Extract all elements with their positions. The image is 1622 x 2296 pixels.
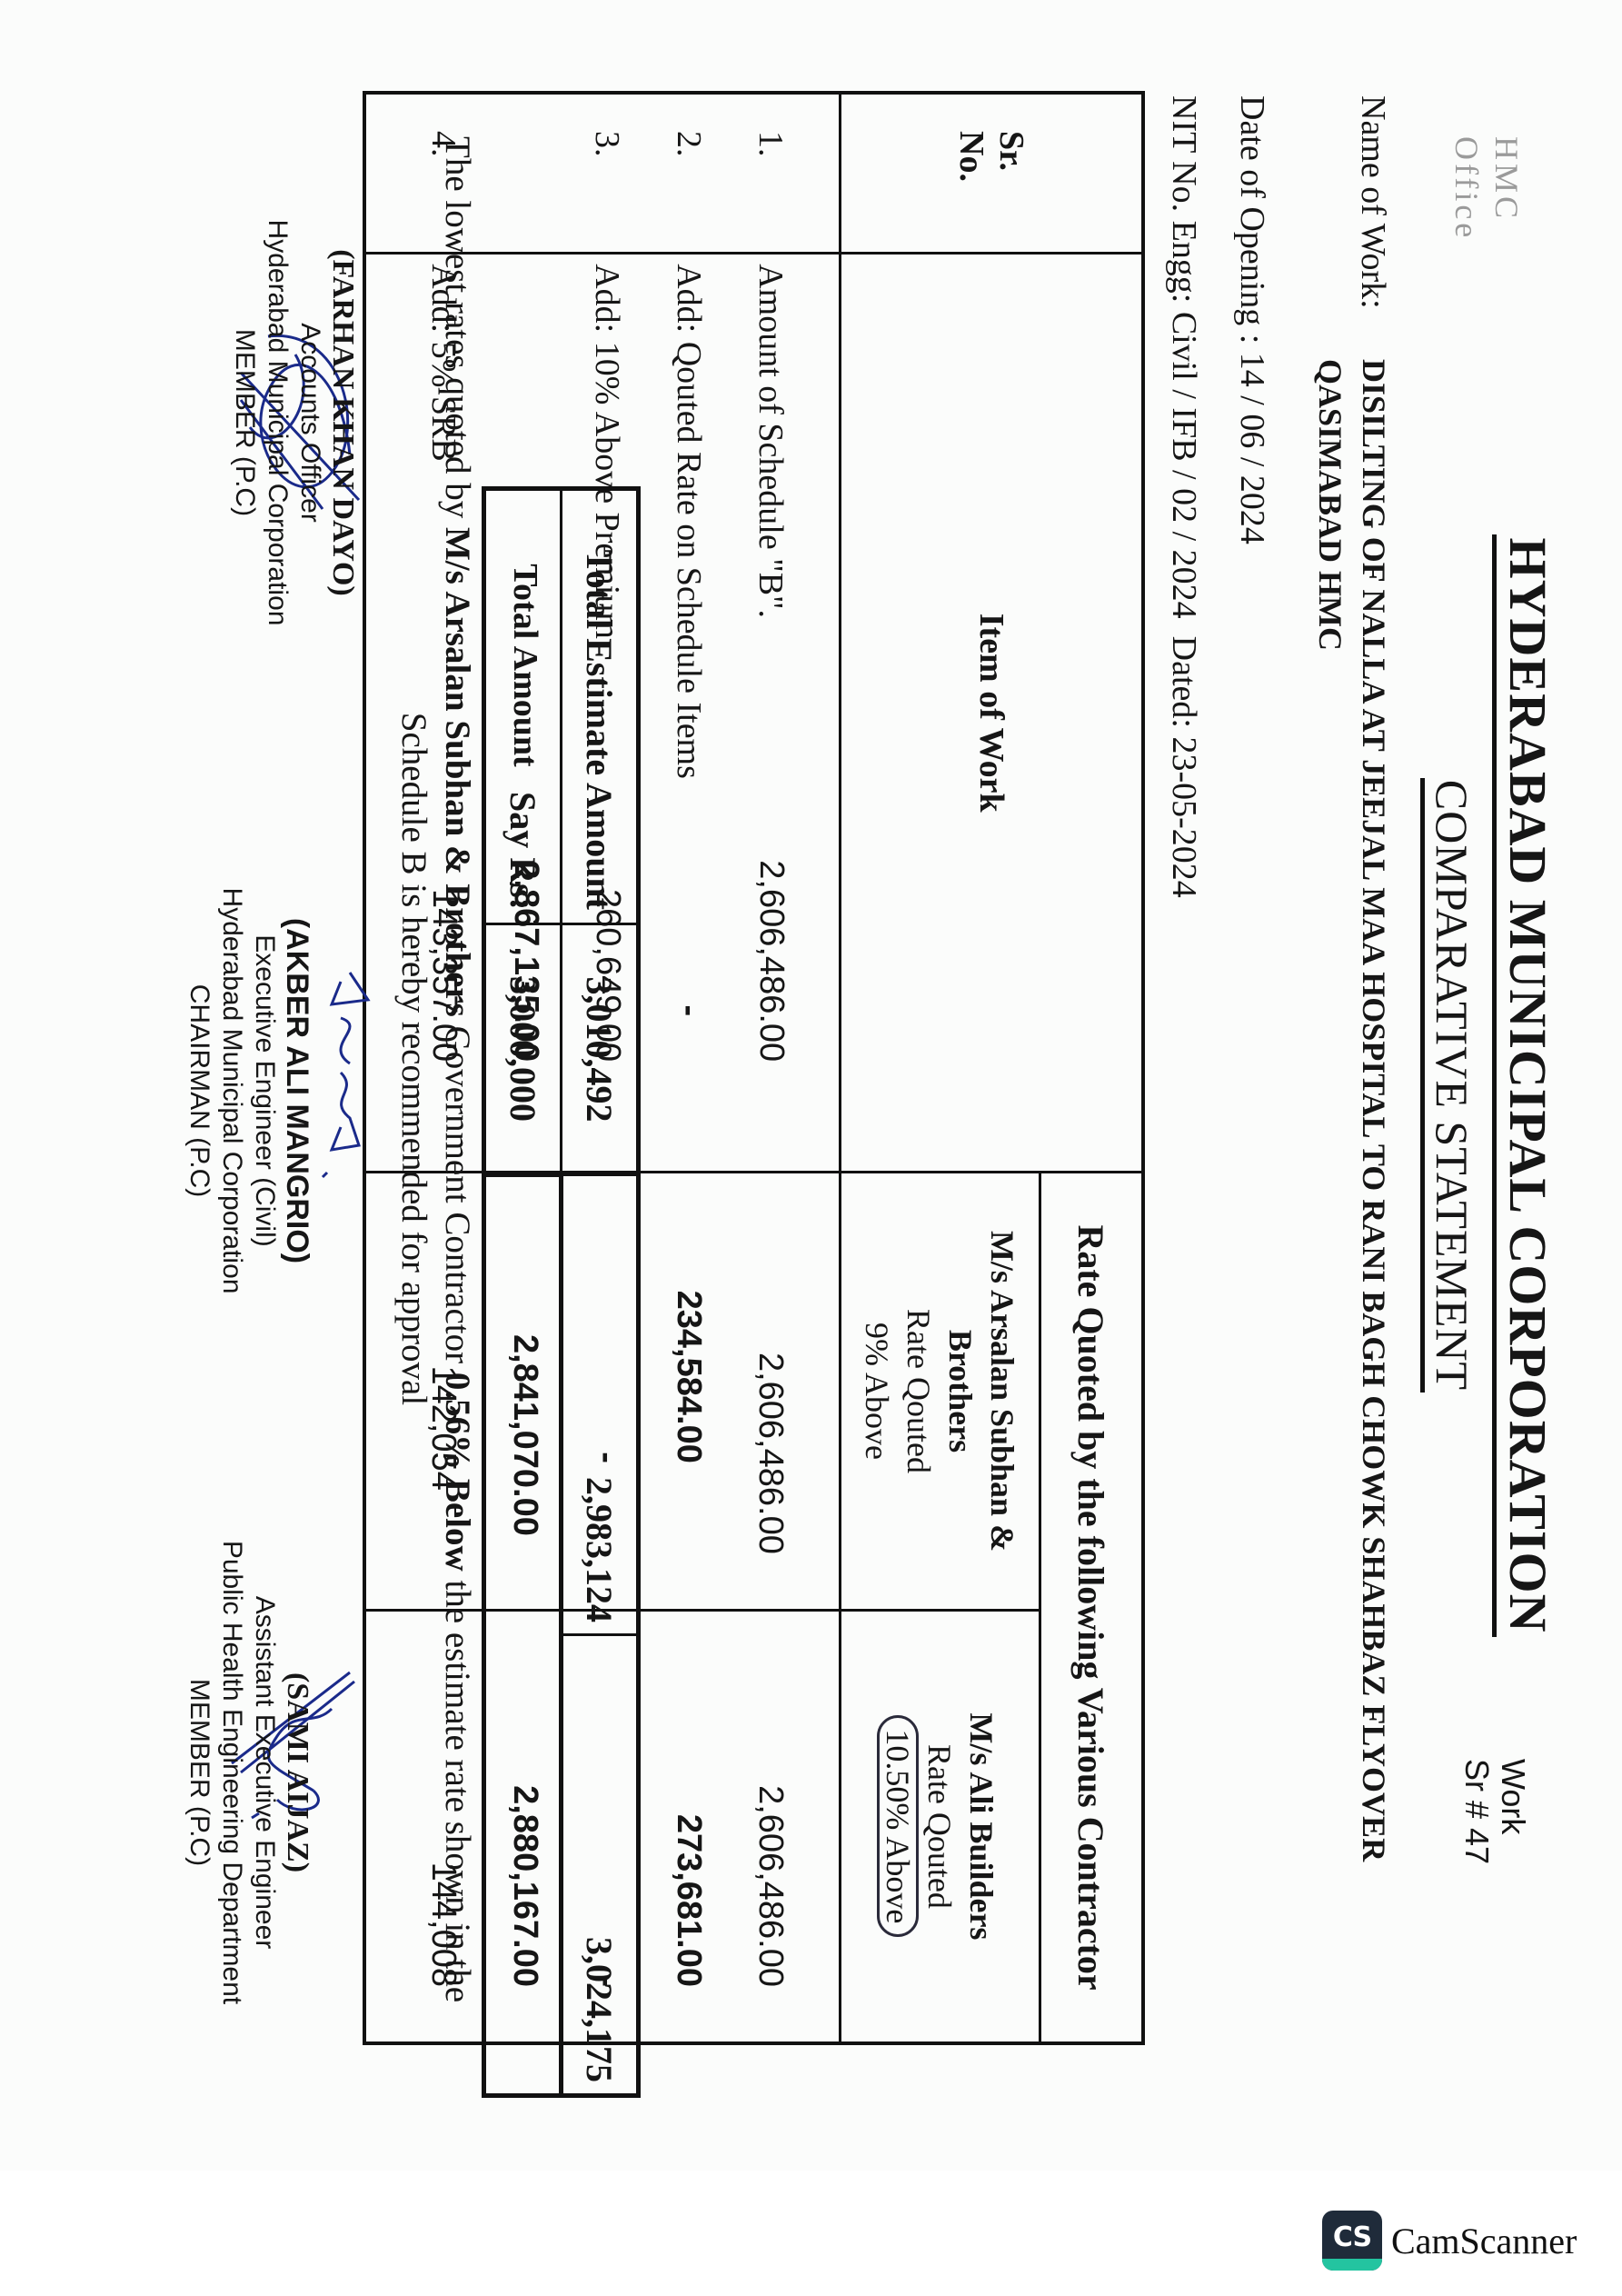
- signatory-name: (FARHAN KHAN DAYO): [326, 186, 359, 659]
- row-sr: 3.: [566, 93, 648, 254]
- header-contractor-2: M/s Ali Builders Rate Qouted 10.50% Abov…: [841, 1610, 1040, 2043]
- signatory-department: Public Health Engineering Department: [215, 1509, 248, 2036]
- reference-serial: Sr # 47: [1458, 1759, 1495, 1864]
- total-contractor-2: 3,024,175: [562, 1635, 639, 2096]
- totals-row-estimate: Total Estimate Amount 3,010,492 2,983,12…: [562, 489, 639, 2096]
- camscanner-watermark: CS CamScanner: [1322, 2211, 1577, 2271]
- name-of-work-label: Name of Work:: [1353, 95, 1393, 309]
- comparative-statement-sheet: HMC Office HYDERABAD MUNICIPAL CORPORATI…: [0, 0, 1622, 2171]
- row-sr: 2.: [648, 93, 730, 254]
- header-sr: Sr.: [991, 131, 1031, 252]
- reco-suffix: the estimate rate shown in the: [438, 1572, 477, 2002]
- contractor-2-rate-circled: 10.50% Above: [878, 1715, 920, 1937]
- header-rate-group: Rate Quoted by the following Various Con…: [1040, 1173, 1144, 2043]
- nit-number-text: NIT No. Engg: Civil / IFB / 02 / 2024: [1165, 95, 1203, 619]
- header-sr-no: Sr. No.: [841, 93, 1144, 254]
- signatory-role: MEMBER (P.C): [183, 1509, 215, 2036]
- say-rs-value: 3,000,000: [484, 924, 562, 1175]
- camscanner-logo-text: CS: [1333, 2221, 1371, 2253]
- date-of-opening: Date of Opening : 14 / 06 / 2024: [1232, 95, 1272, 544]
- row-contractor-1: 2,606,486.00: [730, 1173, 841, 1611]
- row-estimate: 2,606,486.00: [751, 860, 791, 1116]
- contractor-1-rate: 9% Above: [860, 1323, 896, 1460]
- signatory-department: Hyderabad Municipal Corporation: [261, 186, 294, 659]
- header-no: No.: [951, 131, 991, 252]
- signatory-designation: Executive Engineer (Civil): [248, 836, 281, 1345]
- signatory-designation: Accounts Officer: [294, 186, 326, 659]
- name-of-work-value: DISILTING OF NALLA AT JEEJAL MAA HOSPITA…: [1355, 359, 1393, 1862]
- reco-line2: Schedule B is hereby recommended for app…: [392, 136, 435, 2091]
- table-row: 1. Amount of Schedule "B". 2,606,486.00 …: [730, 93, 841, 2043]
- table-header-row: Sr. No. Item of Work Rate Quoted by the …: [1040, 93, 1144, 2043]
- signatory-2: (AKBER ALI MANGRIO) Executive Engineer (…: [183, 836, 313, 1345]
- reco-prefix: The lowest rates quoted by: [438, 136, 477, 527]
- row-sr: 1.: [730, 93, 841, 254]
- row-estimate: -: [669, 1005, 709, 1072]
- signatory-3: (SAMI AIJAZ) Assistant Executive Enginee…: [183, 1509, 313, 2036]
- row-item-label: Add: Qouted Rate on Schedule Items: [669, 264, 709, 779]
- totals-row-say: Say Rs: 3,000,000: [484, 489, 562, 2096]
- signatory-department: Hyderabad Municipal Corporation: [215, 836, 248, 1345]
- totals-box: Total Estimate Amount 3,010,492 2,983,12…: [482, 486, 641, 2098]
- total-contractor-1: 2,983,124: [562, 1175, 639, 1635]
- row-sr: [484, 93, 566, 254]
- contractor-1-label: Rate Qouted: [901, 1309, 938, 1473]
- signatory-1: (FARHAN KHAN DAYO) Accounts Officer Hyde…: [228, 186, 359, 659]
- scanned-page: HMC Office HYDERABAD MUNICIPAL CORPORATI…: [0, 0, 1622, 2171]
- recommendation-text: The lowest rates quoted by M/s Arsalan S…: [392, 136, 479, 2091]
- row-contractor-2: 273,681.00: [648, 1610, 730, 2043]
- comparative-table: Sr. No. Item of Work Rate Quoted by the …: [363, 91, 1145, 2045]
- document-title-text: COMPARATIVE STATEMENT: [1420, 778, 1478, 1393]
- totals-empty: [484, 1175, 562, 2096]
- signatory-role: MEMBER (P.C): [228, 186, 261, 659]
- nit-number: NIT No. Engg: Civil / IFB / 02 / 2024 Da…: [1164, 95, 1204, 898]
- total-estimate-value: 3,010,492: [562, 924, 639, 1175]
- row-item-label: Amount of Schedule "B".: [751, 264, 791, 618]
- work-reference: Work Sr # 47: [1458, 1759, 1531, 1864]
- contractor-2-label: Rate Qouted: [922, 1744, 959, 1909]
- camscanner-name: CamScanner: [1391, 2220, 1577, 2262]
- total-estimate-label: Total Estimate Amount: [562, 489, 639, 924]
- contractor-1-name: M/s Arsalan Subhan & Brothers: [943, 1231, 1021, 1552]
- signatory-name: (AKBER ALI MANGRIO): [281, 836, 313, 1345]
- signatory-name: (SAMI AIJAZ): [281, 1509, 313, 2036]
- row-contractor-1: 234,584.00: [648, 1173, 730, 1611]
- organization-name: HYDERABAD MUNICIPAL CORPORATION: [1492, 534, 1557, 1637]
- header-item-of-work: Item of Work: [841, 254, 1144, 1173]
- say-rs-label: Say Rs:: [484, 489, 562, 924]
- row-item: Amount of Schedule "B". 2,606,486.00: [730, 254, 841, 1173]
- signatory-designation: Assistant Executive Engineer: [248, 1509, 281, 2036]
- reco-middle: Government Contractor: [438, 1017, 477, 1373]
- row-contractor-2: 2,606,486.00: [730, 1610, 841, 2043]
- signatory-role: CHAIRMAN (P.C): [183, 836, 215, 1345]
- camscanner-logo-icon: CS: [1322, 2211, 1382, 2271]
- reco-contractor: M/s Arsalan Subhan & Brothers: [438, 527, 477, 1017]
- contractor-2-name: M/s Ali Builders: [964, 1712, 1000, 1940]
- reco-percentage: 0.56% Below: [438, 1373, 477, 1572]
- name-of-work-value-line2: QASIMABAD HMC: [1311, 359, 1349, 651]
- header-contractor-1: M/s Arsalan Subhan & Brothers Rate Qoute…: [841, 1173, 1040, 1611]
- nit-dated: Dated: 23-05-2024: [1165, 636, 1203, 898]
- row-item: Add: Qouted Rate on Schedule Items -: [648, 254, 730, 1173]
- table-row: 2. Add: Qouted Rate on Schedule Items - …: [648, 93, 730, 2043]
- reference-line: Work: [1495, 1759, 1531, 1864]
